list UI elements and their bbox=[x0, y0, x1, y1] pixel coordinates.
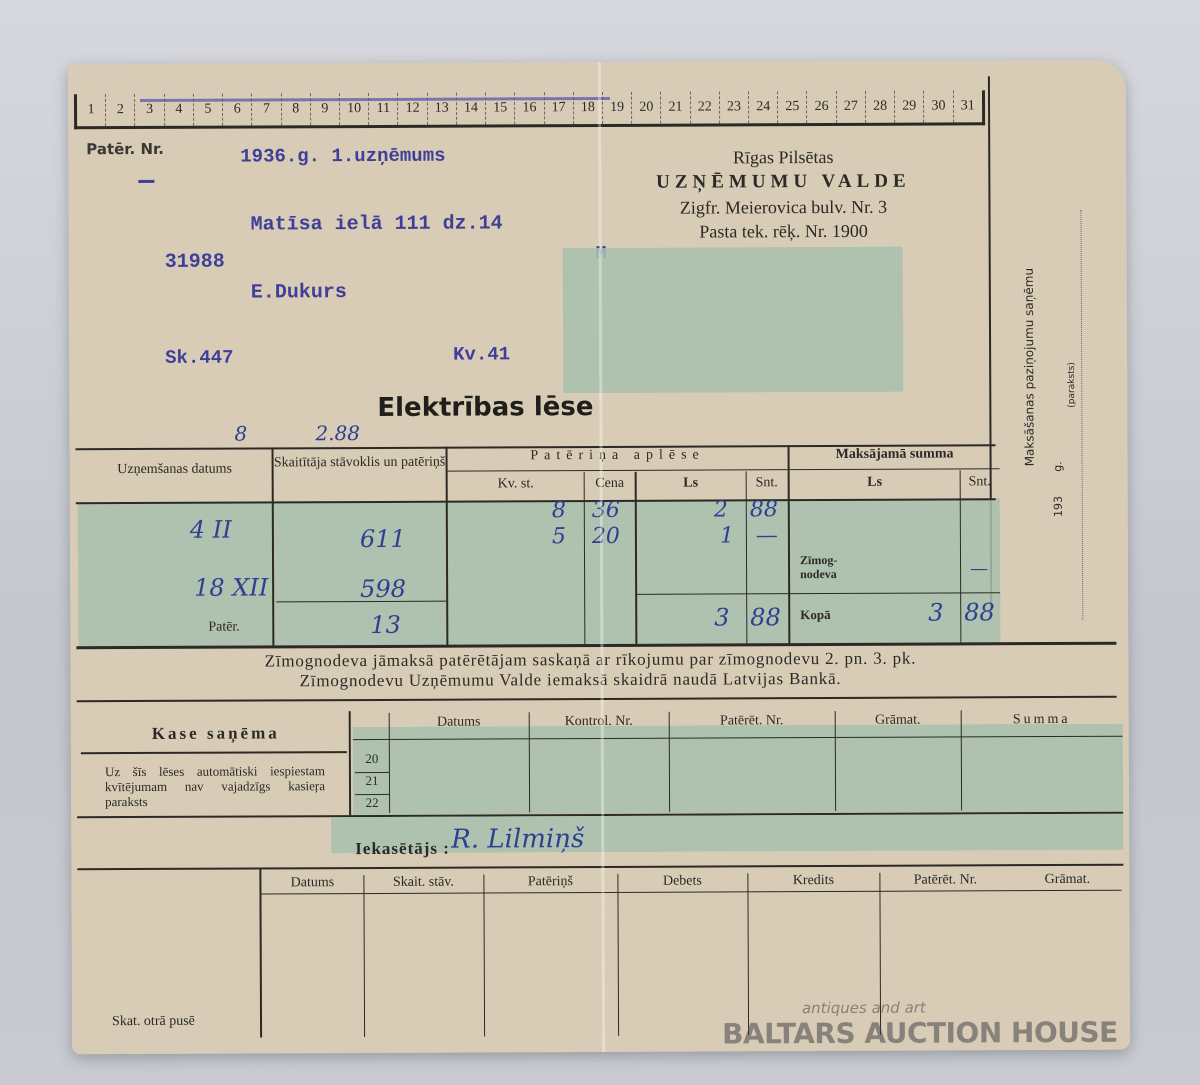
total-ls: 3 bbox=[928, 598, 943, 626]
annotation-left: 8 bbox=[234, 422, 247, 446]
address-window bbox=[563, 247, 904, 393]
ruler-day: 1 bbox=[77, 94, 106, 126]
cashier-note: Uz šīs lēses automātiski iespiestam kvīt… bbox=[105, 763, 325, 809]
header-date: Uzņemšanas datums bbox=[90, 461, 260, 478]
ruler-day: 2 bbox=[106, 94, 135, 126]
year-line: 1936.g. 1.uzņēmums bbox=[240, 145, 445, 168]
watermark-big: BALTARS AUCTION HOUSE bbox=[722, 1016, 1118, 1051]
row2-ls: 1 bbox=[720, 523, 734, 548]
header-calc-group: Patēriņa aplēse bbox=[448, 447, 788, 464]
pater-label: Patēr. bbox=[208, 620, 240, 636]
total-snt: 88 bbox=[964, 598, 995, 626]
row1-ls: 2 bbox=[714, 497, 728, 522]
row2-meter: 598 bbox=[360, 575, 406, 603]
ledger-header: Skait. stāv. bbox=[363, 875, 483, 892]
ruler-day: 24 bbox=[749, 91, 778, 123]
col-divider bbox=[617, 874, 619, 1036]
issuer-address: Zigfr. Meierovica bulv. Nr. 3 bbox=[613, 196, 953, 218]
address: Matīsa ielā 111 dz.14 bbox=[250, 212, 502, 236]
header-pay-group: Maksājamā summa bbox=[790, 446, 1000, 463]
issuer-postal-account: Pasta tek. rēķ. Nr. 1900 bbox=[614, 220, 954, 242]
col-divider bbox=[272, 447, 275, 647]
watermark-small: antiques and art bbox=[802, 998, 1118, 1017]
ruler-day: 21 bbox=[661, 92, 690, 124]
day-ruler: 1234567891011121314151617181920212223242… bbox=[74, 90, 985, 129]
ruler-day: 20 bbox=[632, 92, 661, 124]
row1-meter: 611 bbox=[360, 525, 406, 553]
row1-price: 36 bbox=[592, 498, 620, 523]
cashier-header: Kontrol. Nr. bbox=[529, 714, 669, 731]
header-kwh: Kv. st. bbox=[448, 476, 584, 493]
ruler-day: 29 bbox=[895, 91, 924, 123]
ruler-day: 23 bbox=[720, 91, 749, 123]
issuer-name: UZŅĒMUMU VALDE bbox=[613, 170, 953, 193]
payment-notice-received: Maksāšanas paziņojumu saņēmu bbox=[1022, 267, 1037, 467]
row1-date: 4 II bbox=[190, 516, 232, 544]
signature-label: (paraksts) bbox=[1067, 362, 1077, 408]
annotation-right: 2.88 bbox=[315, 421, 360, 445]
cashier-header: Datums bbox=[389, 714, 529, 731]
ruler-day: 31 bbox=[954, 90, 982, 122]
col-divider bbox=[363, 875, 365, 1037]
ledger-header: Patēriņš bbox=[483, 874, 617, 891]
notice-bottom-rule bbox=[77, 696, 1117, 703]
collector-bottom-rule bbox=[77, 864, 1123, 871]
stamp-fee-label: Zīmog-nodeva bbox=[800, 553, 860, 581]
ledger-divider bbox=[259, 869, 262, 1037]
collector-signature: R. Lilmiņš bbox=[451, 824, 584, 855]
customer-name: E.Dukurs bbox=[251, 281, 347, 304]
ledger-header: Debets bbox=[617, 873, 747, 890]
row2-price: 20 bbox=[592, 524, 620, 549]
ruler-day: 26 bbox=[807, 91, 836, 123]
electricity-bill-document: 1234567891011121314151617181920212223242… bbox=[68, 60, 1130, 1055]
collector-tint bbox=[331, 814, 1123, 853]
header-ls: Ls bbox=[637, 475, 745, 491]
header-meter: Skaitītāja stāvoklis un patēriņš bbox=[274, 455, 446, 472]
stamp-fee-snt: — bbox=[970, 558, 988, 579]
side-year-g: g. bbox=[1051, 461, 1064, 472]
row1-kwh: 8 bbox=[552, 498, 566, 523]
ledger-header: Patērēt. Nr. bbox=[879, 872, 1011, 889]
cashier-row-number: 20 bbox=[355, 751, 389, 773]
stamp-duty-notice-2: Zīmognodevu Uzņēmumu Valde iemaksā skaid… bbox=[110, 668, 1030, 692]
pater-nr-label: Patēr. Nr. bbox=[86, 140, 164, 158]
cashier-row-number: 22 bbox=[355, 795, 389, 817]
col-divider bbox=[483, 875, 485, 1037]
row2-date: 18 XII bbox=[194, 573, 268, 601]
ruler-day: 30 bbox=[924, 90, 953, 122]
issuer-line1: Rīgas Pilsētas bbox=[613, 146, 953, 168]
cashier-header: Summa bbox=[961, 712, 1123, 729]
cashier-header: Patērēt. Nr. bbox=[669, 713, 835, 730]
subtotal-snt: 88 bbox=[750, 603, 781, 631]
row2-kwh: 5 bbox=[552, 524, 566, 549]
ledger-header: Datums bbox=[261, 875, 363, 891]
ruler-day: 25 bbox=[778, 91, 807, 123]
cashier-divider bbox=[349, 711, 351, 815]
row2-snt: — bbox=[756, 523, 778, 548]
row1-snt: 88 bbox=[750, 497, 778, 522]
col-divider bbox=[635, 472, 638, 644]
header-pay-snt: Snt. bbox=[961, 474, 999, 490]
kv-number: Kv.41 bbox=[453, 343, 510, 365]
cashier-title: Kase saņēma bbox=[81, 723, 351, 744]
auction-watermark: antiques and art BALTARS AUCTION HOUSE bbox=[722, 998, 1118, 1051]
side-year: 193 bbox=[1052, 496, 1065, 517]
subheader-rule bbox=[790, 468, 1000, 470]
subheader-rule bbox=[448, 469, 788, 471]
signature-line[interactable] bbox=[1080, 210, 1083, 620]
ruler-day: 27 bbox=[837, 91, 866, 123]
cashier-row-numbers: 202122 bbox=[355, 751, 389, 817]
header-pay-ls: Ls bbox=[790, 474, 960, 491]
collector-label: Iekasētājs : bbox=[355, 839, 450, 859]
total-label: Kopā bbox=[800, 607, 830, 623]
document-title: Elektrības lēse bbox=[377, 392, 593, 423]
ruler-day: 28 bbox=[866, 91, 895, 123]
ink-mark-icon bbox=[138, 180, 154, 183]
cashier-header: Grāmat. bbox=[835, 712, 961, 729]
ruler-day: 22 bbox=[691, 91, 720, 123]
header-price: Cena bbox=[585, 476, 635, 492]
sk-number: Sk.447 bbox=[165, 347, 234, 369]
ledger-header: Kredits bbox=[747, 873, 879, 890]
account-number: 31988 bbox=[165, 251, 225, 274]
see-other-side-note: Skat. otrā pusē bbox=[112, 1014, 195, 1030]
cashier-title-rule bbox=[81, 751, 347, 754]
header-snt: Snt. bbox=[747, 475, 787, 491]
cashier-row-number: 21 bbox=[355, 773, 389, 795]
ledger-header: Grāmat. bbox=[1011, 872, 1123, 888]
pater-value: 13 bbox=[370, 611, 401, 639]
subtotal-ls: 3 bbox=[714, 603, 729, 631]
